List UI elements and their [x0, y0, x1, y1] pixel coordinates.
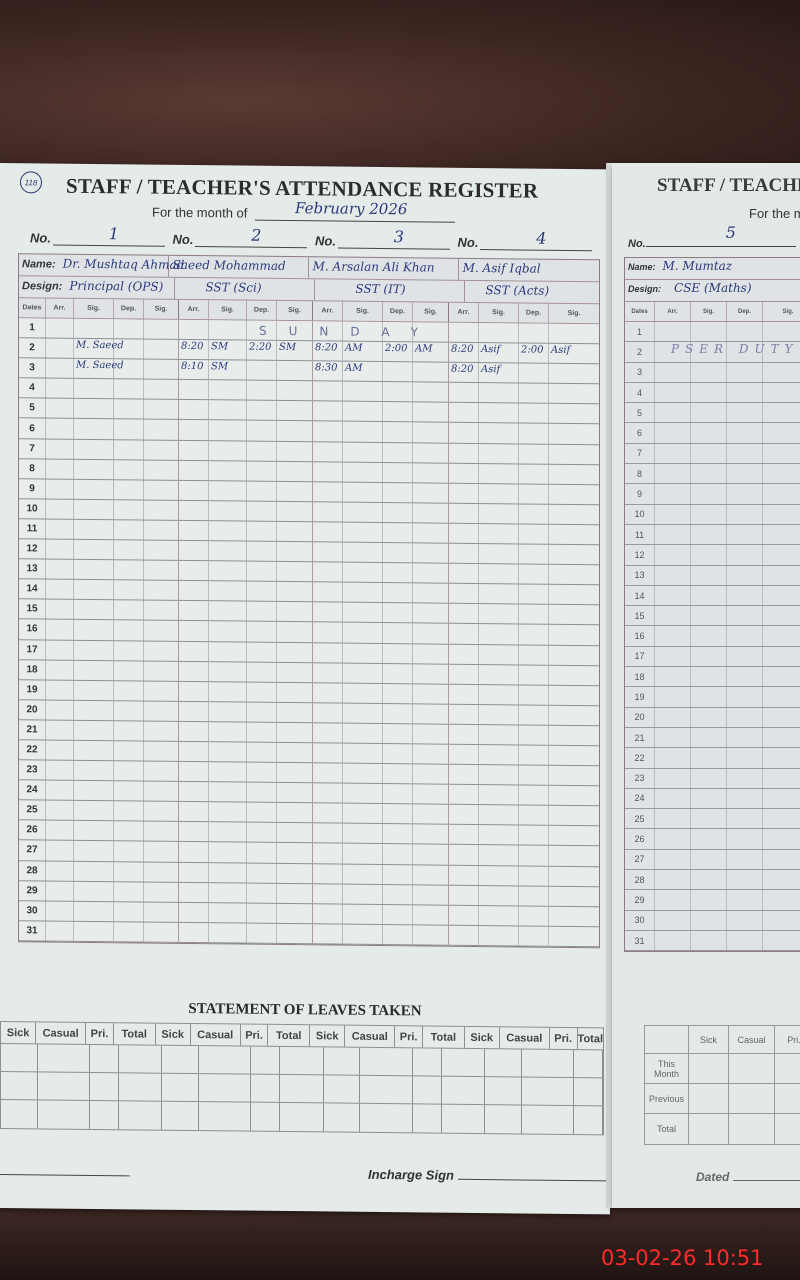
- attendance-cell[interactable]: [763, 464, 800, 483]
- attendance-cell[interactable]: [209, 662, 247, 681]
- incharge-sign-line[interactable]: [458, 1179, 608, 1182]
- attendance-cell[interactable]: [209, 823, 247, 842]
- attendance-cell[interactable]: [691, 769, 727, 788]
- attendance-cell[interactable]: [763, 890, 800, 909]
- attendance-cell[interactable]: [114, 661, 144, 680]
- leaves-cell[interactable]: [413, 1076, 442, 1103]
- attendance-cell[interactable]: [74, 721, 114, 741]
- attendance-cell[interactable]: [179, 541, 209, 560]
- leaves-cell[interactable]: [413, 1048, 442, 1075]
- attendance-cell[interactable]: [655, 789, 691, 808]
- attendance-cell[interactable]: [247, 522, 277, 541]
- attendance-cell[interactable]: [114, 520, 144, 539]
- attendance-cell[interactable]: [313, 542, 343, 561]
- attendance-cell[interactable]: [727, 687, 763, 706]
- attendance-cell[interactable]: [549, 324, 599, 344]
- attendance-cell[interactable]: [179, 440, 209, 459]
- attendance-cell[interactable]: [691, 464, 727, 483]
- attendance-cell[interactable]: [449, 725, 479, 744]
- attendance-cell[interactable]: [763, 403, 800, 422]
- attendance-cell[interactable]: [519, 544, 549, 563]
- attendance-cell[interactable]: [46, 580, 74, 599]
- attendance-cell[interactable]: [209, 320, 247, 339]
- attendance-cell[interactable]: [655, 911, 691, 930]
- attendance-cell[interactable]: [343, 623, 383, 643]
- attendance-cell[interactable]: [313, 582, 343, 601]
- attendance-cell[interactable]: [449, 483, 479, 502]
- attendance-cell[interactable]: [655, 647, 691, 666]
- attendance-cell[interactable]: [479, 665, 519, 685]
- leaves-cell[interactable]: [360, 1104, 412, 1133]
- attendance-cell[interactable]: [449, 865, 479, 884]
- attendance-cell[interactable]: [413, 724, 449, 743]
- attendance-cell[interactable]: [114, 761, 144, 780]
- attendance-cell[interactable]: [313, 844, 343, 863]
- leaves-cell[interactable]: [324, 1047, 361, 1074]
- attendance-cell[interactable]: [763, 444, 800, 463]
- attendance-cell[interactable]: [413, 523, 449, 542]
- attendance-cell[interactable]: [179, 661, 209, 680]
- attendance-cell[interactable]: [727, 566, 763, 585]
- attendance-cell[interactable]: [727, 667, 763, 686]
- leaves-cell[interactable]: [38, 1072, 90, 1100]
- attendance-cell[interactable]: [179, 481, 209, 500]
- attendance-cell[interactable]: [247, 421, 277, 440]
- attendance-cell[interactable]: [691, 423, 727, 442]
- attendance-cell[interactable]: [519, 504, 549, 523]
- attendance-cell[interactable]: [46, 821, 74, 840]
- attendance-cell[interactable]: [763, 322, 800, 341]
- attendance-cell[interactable]: [763, 545, 800, 564]
- attendance-cell[interactable]: [209, 762, 247, 781]
- attendance-cell[interactable]: [247, 441, 277, 460]
- attendance-cell[interactable]: [479, 423, 519, 443]
- attendance-cell[interactable]: [449, 926, 479, 945]
- attendance-cell[interactable]: [74, 881, 114, 901]
- attendance-cell[interactable]: [277, 924, 313, 943]
- attendance-cell[interactable]: [763, 850, 800, 869]
- attendance-cell[interactable]: [209, 742, 247, 761]
- attendance-cell[interactable]: [413, 363, 449, 382]
- attendance-cell[interactable]: [383, 804, 413, 823]
- attendance-cell[interactable]: [74, 801, 114, 821]
- attendance-cell[interactable]: [727, 383, 763, 402]
- attendance-cell[interactable]: [479, 845, 519, 865]
- attendance-cell[interactable]: [74, 419, 114, 439]
- attendance-cell[interactable]: [655, 322, 691, 341]
- attendance-cell[interactable]: [763, 687, 800, 706]
- attendance-cell[interactable]: 8:20: [179, 340, 209, 359]
- attendance-cell[interactable]: [449, 403, 479, 422]
- attendance-cell[interactable]: [727, 748, 763, 767]
- attendance-cell[interactable]: [383, 402, 413, 421]
- attendance-cell[interactable]: [247, 602, 277, 621]
- attendance-cell[interactable]: [449, 905, 479, 924]
- leaves-cell[interactable]: [324, 1075, 361, 1102]
- attendance-cell[interactable]: [277, 823, 313, 842]
- attendance-cell[interactable]: [277, 622, 313, 641]
- attendance-cell[interactable]: [209, 501, 247, 520]
- attendance-cell[interactable]: [179, 621, 209, 640]
- attendance-cell[interactable]: [383, 382, 413, 401]
- attendance-cell[interactable]: [313, 603, 343, 622]
- attendance-cell[interactable]: [727, 911, 763, 930]
- attendance-cell[interactable]: [479, 825, 519, 845]
- attendance-cell[interactable]: [313, 904, 343, 923]
- leaves-cell[interactable]: [251, 1103, 280, 1131]
- attendance-cell[interactable]: SM: [277, 341, 313, 360]
- attendance-cell[interactable]: [209, 722, 247, 741]
- attendance-cell[interactable]: [383, 865, 413, 884]
- attendance-cell[interactable]: [383, 443, 413, 462]
- attendance-cell[interactable]: [413, 443, 449, 462]
- attendance-cell[interactable]: [114, 480, 144, 499]
- attendance-cell[interactable]: [691, 890, 727, 909]
- attendance-cell[interactable]: [383, 623, 413, 642]
- attendance-cell[interactable]: [691, 484, 727, 503]
- attendance-cell[interactable]: [313, 683, 343, 702]
- attendance-cell[interactable]: [691, 667, 727, 686]
- attendance-cell[interactable]: [277, 904, 313, 923]
- attendance-cell[interactable]: [313, 502, 343, 521]
- attendance-cell[interactable]: [691, 748, 727, 767]
- attendance-cell[interactable]: [413, 644, 449, 663]
- attendance-cell[interactable]: [209, 521, 247, 540]
- attendance-cell[interactable]: [144, 802, 179, 821]
- attendance-cell[interactable]: [144, 500, 179, 519]
- attendance-cell[interactable]: M. Saeed: [74, 359, 114, 379]
- attendance-cell[interactable]: [383, 684, 413, 703]
- attendance-cell[interactable]: 8:20: [449, 363, 479, 382]
- attendance-cell[interactable]: [247, 722, 277, 741]
- attendance-cell[interactable]: [144, 340, 179, 359]
- leaves-cell[interactable]: [574, 1050, 603, 1077]
- attendance-cell[interactable]: [179, 903, 209, 922]
- attendance-cell[interactable]: [247, 923, 277, 942]
- attendance-cell[interactable]: [343, 744, 383, 764]
- attendance-cell[interactable]: [383, 844, 413, 863]
- leaves-cell[interactable]: [162, 1074, 199, 1101]
- attendance-cell[interactable]: [383, 603, 413, 622]
- attendance-cell[interactable]: [449, 785, 479, 804]
- attendance-cell[interactable]: [727, 586, 763, 605]
- attendance-cell[interactable]: [313, 522, 343, 541]
- attendance-cell[interactable]: [313, 422, 343, 441]
- attendance-cell[interactable]: [179, 581, 209, 600]
- attendance-cell[interactable]: [519, 745, 549, 764]
- attendance-cell[interactable]: [277, 884, 313, 903]
- attendance-cell[interactable]: [247, 823, 277, 842]
- attendance-cell[interactable]: Asif: [479, 343, 519, 363]
- attendance-cell[interactable]: [519, 806, 549, 825]
- attendance-cell[interactable]: [277, 662, 313, 681]
- attendance-cell[interactable]: [727, 363, 763, 382]
- attendance-cell[interactable]: [74, 922, 114, 942]
- attendance-cell[interactable]: [413, 684, 449, 703]
- leaves-cell[interactable]: [38, 1100, 90, 1129]
- attendance-cell[interactable]: [277, 723, 313, 742]
- attendance-cell[interactable]: [46, 640, 74, 659]
- attendance-cell[interactable]: [313, 482, 343, 501]
- attendance-cell[interactable]: [179, 400, 209, 419]
- attendance-cell[interactable]: [519, 565, 549, 584]
- attendance-cell[interactable]: [549, 464, 599, 484]
- attendance-cell[interactable]: [691, 322, 727, 341]
- attendance-cell[interactable]: [46, 761, 74, 780]
- attendance-cell[interactable]: [479, 725, 519, 745]
- attendance-cell[interactable]: [655, 667, 691, 686]
- attendance-cell[interactable]: [144, 862, 179, 881]
- attendance-cell[interactable]: [449, 845, 479, 864]
- attendance-cell[interactable]: [114, 560, 144, 579]
- attendance-cell[interactable]: AM: [343, 342, 383, 362]
- attendance-cell[interactable]: [519, 323, 549, 342]
- attendance-cell[interactable]: [479, 564, 519, 584]
- attendance-cell[interactable]: [479, 866, 519, 886]
- attendance-cell[interactable]: [247, 562, 277, 581]
- attendance-cell[interactable]: [479, 805, 519, 825]
- attendance-cell[interactable]: [209, 923, 247, 942]
- attendance-cell[interactable]: [449, 684, 479, 703]
- attendance-cell[interactable]: [655, 444, 691, 463]
- attendance-cell[interactable]: [247, 361, 277, 380]
- attendance-cell[interactable]: [343, 864, 383, 884]
- attendance-cell[interactable]: [383, 523, 413, 542]
- attendance-cell[interactable]: [413, 865, 449, 884]
- attendance-cell[interactable]: [114, 902, 144, 921]
- attendance-cell[interactable]: [655, 464, 691, 483]
- attendance-cell[interactable]: [247, 883, 277, 902]
- attendance-cell[interactable]: [46, 841, 74, 860]
- attendance-cell[interactable]: [46, 399, 74, 418]
- attendance-cell[interactable]: [247, 863, 277, 882]
- attendance-cell[interactable]: [74, 399, 114, 419]
- attendance-cell[interactable]: [413, 664, 449, 683]
- attendance-cell[interactable]: [449, 524, 479, 543]
- attendance-cell[interactable]: [74, 439, 114, 459]
- attendance-cell[interactable]: [519, 665, 549, 684]
- attendance-cell[interactable]: [343, 603, 383, 623]
- attendance-cell[interactable]: [655, 525, 691, 544]
- attendance-cell[interactable]: Asif: [479, 363, 519, 383]
- attendance-cell[interactable]: [479, 383, 519, 403]
- attendance-cell[interactable]: [46, 700, 74, 719]
- attendance-cell[interactable]: [655, 809, 691, 828]
- leaves-cell[interactable]: [280, 1103, 323, 1131]
- attendance-cell[interactable]: [277, 401, 313, 420]
- attendance-cell[interactable]: [413, 825, 449, 844]
- attendance-cell[interactable]: [519, 384, 549, 403]
- attendance-cell[interactable]: [691, 586, 727, 605]
- attendance-cell[interactable]: [46, 459, 74, 478]
- attendance-cell[interactable]: 8:10: [179, 360, 209, 379]
- attendance-cell[interactable]: [727, 606, 763, 625]
- attendance-cell[interactable]: AM: [413, 342, 449, 361]
- leaves-cell[interactable]: [251, 1075, 280, 1102]
- attendance-cell[interactable]: [763, 708, 800, 727]
- attendance-cell[interactable]: [74, 841, 114, 861]
- attendance-cell[interactable]: [655, 403, 691, 422]
- attendance-cell[interactable]: [413, 403, 449, 422]
- attendance-cell[interactable]: [144, 480, 179, 499]
- attendance-cell[interactable]: [763, 566, 800, 585]
- attendance-cell[interactable]: [763, 789, 800, 808]
- attendance-cell[interactable]: [247, 903, 277, 922]
- attendance-cell[interactable]: [449, 644, 479, 663]
- attendance-cell[interactable]: SM: [209, 340, 247, 359]
- attendance-cell[interactable]: [74, 319, 114, 339]
- attendance-cell[interactable]: [691, 931, 727, 950]
- attendance-cell[interactable]: [383, 463, 413, 482]
- attendance-cell[interactable]: [763, 383, 800, 402]
- attendance-cell[interactable]: [247, 803, 277, 822]
- attendance-cell[interactable]: [277, 361, 313, 380]
- attendance-cell[interactable]: [343, 502, 383, 522]
- attendance-cell[interactable]: [209, 581, 247, 600]
- attendance-cell[interactable]: [46, 339, 74, 358]
- attendance-cell[interactable]: [46, 560, 74, 579]
- attendance-cell[interactable]: [114, 500, 144, 519]
- attendance-cell[interactable]: [114, 440, 144, 459]
- attendance-cell[interactable]: [691, 566, 727, 585]
- attendance-cell[interactable]: [413, 925, 449, 944]
- leaves-cell[interactable]: [522, 1105, 574, 1134]
- attendance-cell[interactable]: [277, 843, 313, 862]
- attendance-cell[interactable]: [46, 901, 74, 920]
- attendance-cell[interactable]: [519, 725, 549, 744]
- attendance-cell[interactable]: [519, 765, 549, 784]
- attendance-cell[interactable]: [247, 783, 277, 802]
- attendance-cell[interactable]: [413, 383, 449, 402]
- attendance-cell[interactable]: [209, 682, 247, 701]
- attendance-cell[interactable]: [479, 444, 519, 464]
- attendance-cell[interactable]: [479, 504, 519, 524]
- attendance-cell[interactable]: [655, 484, 691, 503]
- attendance-cell[interactable]: [763, 748, 800, 767]
- attendance-cell[interactable]: [247, 763, 277, 782]
- attendance-cell[interactable]: [114, 641, 144, 660]
- attendance-cell[interactable]: [144, 541, 179, 560]
- attendance-cell[interactable]: [763, 931, 800, 950]
- attendance-cell[interactable]: [549, 746, 599, 766]
- attendance-cell[interactable]: [247, 481, 277, 500]
- attendance-cell[interactable]: [763, 606, 800, 625]
- attendance-cell[interactable]: [277, 602, 313, 621]
- attendance-cell[interactable]: [343, 543, 383, 563]
- attendance-cell[interactable]: [383, 724, 413, 743]
- attendance-cell[interactable]: [691, 403, 727, 422]
- attendance-cell[interactable]: [691, 829, 727, 848]
- attendance-cell[interactable]: [655, 870, 691, 889]
- attendance-cell[interactable]: [209, 883, 247, 902]
- attendance-cell[interactable]: [343, 422, 383, 442]
- attendance-cell[interactable]: [691, 809, 727, 828]
- attendance-cell[interactable]: [343, 563, 383, 583]
- attendance-cell[interactable]: [46, 921, 74, 940]
- attendance-cell[interactable]: [179, 682, 209, 701]
- attendance-cell[interactable]: [277, 441, 313, 460]
- attendance-cell[interactable]: [691, 525, 727, 544]
- attendance-cell[interactable]: [413, 463, 449, 482]
- attendance-cell[interactable]: [277, 683, 313, 702]
- leaves-cell[interactable]: [485, 1077, 522, 1104]
- attendance-cell[interactable]: [179, 420, 209, 439]
- attendance-cell[interactable]: [343, 683, 383, 703]
- attendance-cell[interactable]: [549, 766, 599, 786]
- attendance-cell[interactable]: [449, 805, 479, 824]
- attendance-cell[interactable]: [74, 701, 114, 721]
- attendance-cell[interactable]: [313, 804, 343, 823]
- attendance-cell[interactable]: 8:20: [449, 343, 479, 362]
- attendance-cell[interactable]: [727, 809, 763, 828]
- attendance-cell[interactable]: [179, 782, 209, 801]
- attendance-cell[interactable]: [449, 584, 479, 603]
- attendance-cell[interactable]: [179, 842, 209, 861]
- attendance-cell[interactable]: [46, 620, 74, 639]
- attendance-cell[interactable]: [655, 769, 691, 788]
- attendance-cell[interactable]: [114, 781, 144, 800]
- attendance-cell[interactable]: [114, 460, 144, 479]
- attendance-cell[interactable]: [343, 904, 383, 924]
- attendance-cell[interactable]: [479, 745, 519, 765]
- attendance-cell[interactable]: [277, 743, 313, 762]
- attendance-cell[interactable]: [144, 420, 179, 439]
- leaves-cell[interactable]: [1, 1044, 38, 1071]
- attendance-cell[interactable]: [144, 822, 179, 841]
- attendance-cell[interactable]: [655, 850, 691, 869]
- attendance-cell[interactable]: [114, 379, 144, 398]
- attendance-cell[interactable]: [383, 664, 413, 683]
- attendance-cell[interactable]: [413, 845, 449, 864]
- leaves-cell[interactable]: [324, 1103, 361, 1131]
- attendance-cell[interactable]: [114, 339, 144, 358]
- attendance-cell[interactable]: [727, 464, 763, 483]
- attendance-cell[interactable]: [655, 586, 691, 605]
- attendance-cell[interactable]: [549, 846, 599, 866]
- attendance-cell[interactable]: [74, 861, 114, 881]
- attendance-cell[interactable]: [74, 600, 114, 620]
- attendance-cell[interactable]: [727, 890, 763, 909]
- attendance-cell[interactable]: [549, 605, 599, 625]
- attendance-cell[interactable]: [449, 504, 479, 523]
- attendance-cell[interactable]: [383, 905, 413, 924]
- attendance-cell[interactable]: [691, 728, 727, 747]
- attendance-cell[interactable]: [413, 764, 449, 783]
- attendance-cell[interactable]: [383, 764, 413, 783]
- attendance-cell[interactable]: [46, 781, 74, 800]
- attendance-cell[interactable]: [479, 323, 519, 343]
- attendance-cell[interactable]: [763, 870, 800, 889]
- attendance-cell[interactable]: [209, 802, 247, 821]
- attendance-cell[interactable]: [179, 641, 209, 660]
- attendance-cell[interactable]: 2:20: [247, 341, 277, 360]
- attendance-cell[interactable]: [114, 681, 144, 700]
- attendance-cell[interactable]: [343, 583, 383, 603]
- attendance-cell[interactable]: [144, 882, 179, 901]
- attendance-cell[interactable]: [691, 444, 727, 463]
- attendance-cell[interactable]: [691, 708, 727, 727]
- attendance-cell[interactable]: [114, 580, 144, 599]
- attendance-cell[interactable]: [277, 642, 313, 661]
- attendance-cell[interactable]: [144, 902, 179, 921]
- attendance-cell[interactable]: [277, 703, 313, 722]
- attendance-cell[interactable]: [413, 584, 449, 603]
- attendance-cell[interactable]: [691, 850, 727, 869]
- attendance-cell[interactable]: [549, 585, 599, 605]
- attendance-cell[interactable]: [277, 502, 313, 521]
- attendance-cell[interactable]: [449, 745, 479, 764]
- attendance-cell[interactable]: [519, 444, 549, 463]
